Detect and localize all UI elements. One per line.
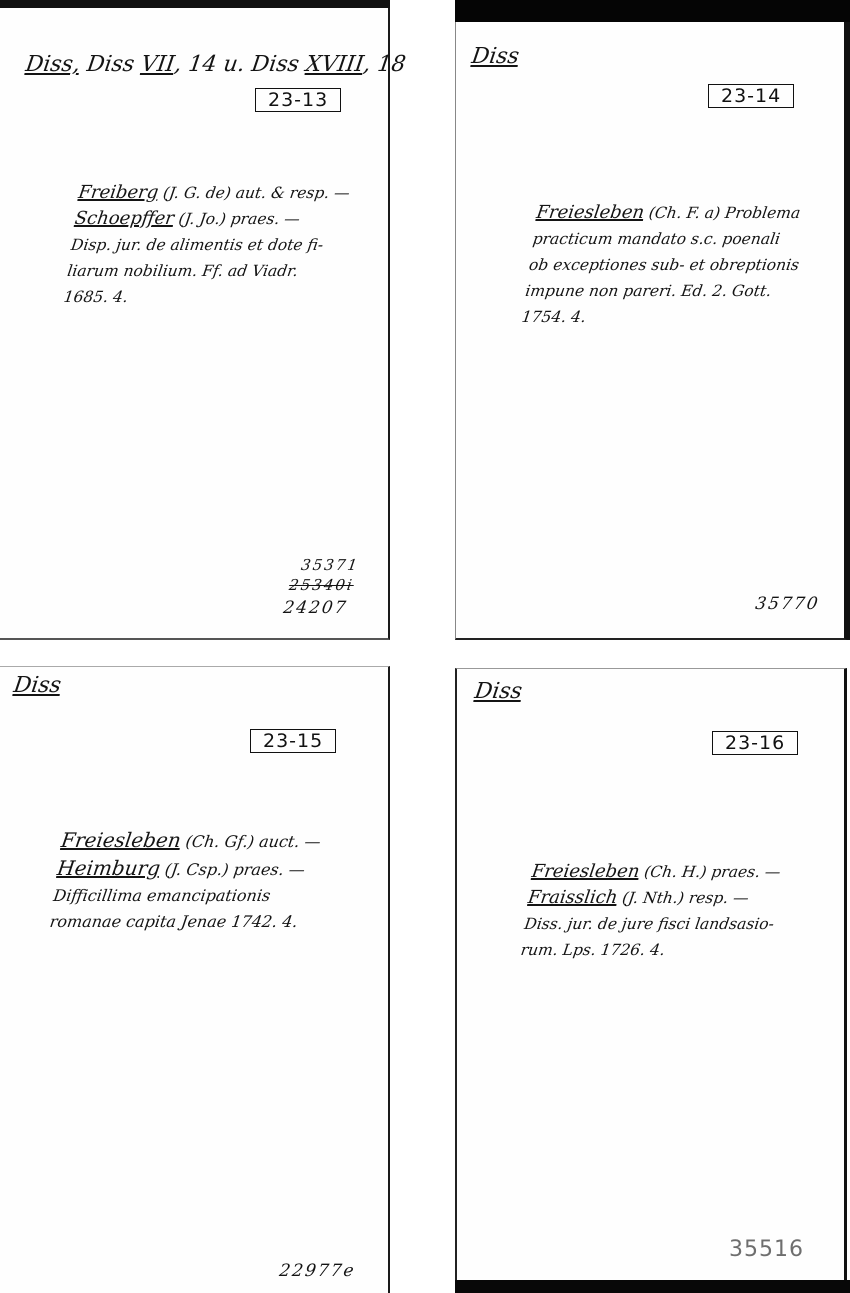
entry-line: Freiesleben (Ch. F. a) Problema bbox=[535, 200, 809, 226]
call-number: 23-15 bbox=[250, 729, 336, 753]
accession-number-struck: 25340i bbox=[288, 576, 355, 594]
shelfmark-num1: , 14 u. bbox=[173, 52, 247, 77]
entry-line-text: (J. G. de) aut. & resp. — bbox=[157, 184, 351, 202]
shelfmark-part1: Diss bbox=[85, 52, 136, 77]
entry-line: rum. Lps. 1726. 4. bbox=[519, 937, 772, 963]
entry-line-text: ob exceptiones sub- et obreptionis bbox=[528, 256, 800, 274]
call-number: 23-14 bbox=[708, 84, 794, 108]
accession-number: 22977e bbox=[278, 1261, 357, 1281]
catalog-card-23-15: Diss 23-15 Freiesleben (Ch. Gf.) auct. —… bbox=[0, 666, 390, 1293]
call-number: 23-16 bbox=[712, 731, 798, 755]
entry-line: Diss. jur. de jure fisci landsasio- bbox=[523, 911, 776, 937]
praeses-name: Heimburg bbox=[56, 856, 162, 880]
entry-line-text: romanae capita Jenae 1742. 4. bbox=[49, 912, 299, 931]
entry-line-text: 1754. 4. bbox=[521, 308, 588, 326]
accession-number: 24207 bbox=[282, 598, 349, 618]
shelfmark-vol1: VII bbox=[140, 52, 177, 77]
shelfmark: Diss bbox=[473, 679, 524, 704]
scan-border-top-left bbox=[0, 0, 390, 8]
praeses-name: Schoepffer bbox=[73, 208, 175, 229]
entry-line: 1685. 4. bbox=[62, 284, 337, 310]
entry-line: Freiesleben (Ch. H.) praes. — bbox=[530, 859, 783, 885]
shelfmark: Diss bbox=[12, 673, 63, 698]
author-name: Freiberg bbox=[77, 182, 160, 203]
author-name: Freiesleben bbox=[60, 828, 183, 852]
entry-text: Freiberg (J. G. de) aut. & resp. — Schoe… bbox=[62, 180, 352, 310]
entry-line: ob exceptiones sub- et obreptionis bbox=[527, 252, 801, 278]
entry-line: romanae capita Jenae 1742. 4. bbox=[48, 909, 311, 935]
entry-line-text: (Ch. H.) praes. — bbox=[638, 863, 782, 881]
entry-line: impune non pareri. Ed. 2. Gott. bbox=[524, 278, 798, 304]
entry-line-text: Diss. jur. de jure fisci landsasio- bbox=[523, 915, 775, 933]
entry-line-text: (Ch. F. a) Problema bbox=[643, 204, 802, 222]
entry-line-text: rum. Lps. 1726. 4. bbox=[520, 941, 667, 959]
entry-line: liarum nobilium. Ff. ad Viadr. bbox=[66, 258, 341, 284]
scan-border-bottom-right bbox=[455, 1280, 850, 1293]
shelfmark: Diss bbox=[470, 44, 521, 69]
entry-line-text: impune non pareri. Ed. 2. Gott. bbox=[524, 282, 772, 300]
entry-line-text: Disp. jur. de alimentis et dote fi- bbox=[70, 236, 325, 254]
catalog-card-23-16: Diss 23-16 Freiesleben (Ch. H.) praes. —… bbox=[455, 668, 847, 1280]
entry-text: Freiesleben (Ch. H.) praes. — Fraisslich… bbox=[519, 859, 783, 963]
entry-line: Freiesleben (Ch. Gf.) auct. — bbox=[59, 827, 322, 855]
entry-line-text: practicum mandato s.c. poenali bbox=[532, 230, 782, 248]
entry-line: Fraisslich (J. Nth.) resp. — bbox=[526, 885, 779, 911]
entry-line-text: 1685. 4. bbox=[63, 288, 130, 306]
catalog-card-23-13: Diss, Diss VII, 14 u. Diss XVIII, 18 23-… bbox=[0, 8, 390, 640]
entry-line: Freiberg (J. G. de) aut. & resp. — bbox=[77, 180, 352, 206]
shelfmark: Diss, Diss VII, 14 u. Diss XVIII, 18 bbox=[24, 52, 407, 77]
praeses-name: Freiesleben bbox=[530, 861, 641, 882]
entry-line: Difficillima emancipationis bbox=[52, 883, 315, 909]
entry-line: practicum mandato s.c. poenali bbox=[531, 226, 805, 252]
respondent-name: Fraisslich bbox=[527, 887, 619, 908]
entry-line-text: liarum nobilium. Ff. ad Viadr. bbox=[66, 262, 299, 280]
entry-line-text: (J. Nth.) resp. — bbox=[616, 889, 750, 907]
entry-line-text: Difficillima emancipationis bbox=[52, 886, 271, 905]
entry-line-text: (J. Csp.) praes. — bbox=[159, 860, 307, 879]
scan-border-top-right bbox=[455, 0, 850, 22]
entry-line: 1754. 4. bbox=[520, 304, 794, 330]
entry-text: Freiesleben (Ch. F. a) Problema practicu… bbox=[520, 200, 808, 330]
entry-text: Freiesleben (Ch. Gf.) auct. — Heimburg (… bbox=[48, 827, 323, 935]
shelfmark-part2: Diss bbox=[250, 52, 301, 77]
entry-line: Heimburg (J. Csp.) praes. — bbox=[55, 855, 318, 883]
shelfmark-vol2: XVIII bbox=[304, 52, 365, 77]
entry-line-text: (Ch. Gf.) auct. — bbox=[179, 832, 322, 851]
author-name: Freiesleben bbox=[535, 202, 646, 223]
entry-line: Disp. jur. de alimentis et dote fi- bbox=[69, 232, 344, 258]
entry-line: Schoepffer (J. Jo.) praes. — bbox=[73, 206, 348, 232]
shelfmark-num2: , 18 bbox=[362, 52, 407, 77]
entry-line-text: (J. Jo.) praes. — bbox=[173, 210, 302, 228]
call-number: 23-13 bbox=[255, 88, 341, 112]
catalog-card-23-14: Diss 23-14 Freiesleben (Ch. F. a) Proble… bbox=[455, 22, 847, 640]
shelfmark-prefix: Diss, bbox=[24, 52, 82, 77]
accession-number-pencil: 35516 bbox=[729, 1237, 804, 1262]
accession-number: 35371 bbox=[300, 556, 360, 574]
accession-number: 35770 bbox=[754, 594, 821, 614]
